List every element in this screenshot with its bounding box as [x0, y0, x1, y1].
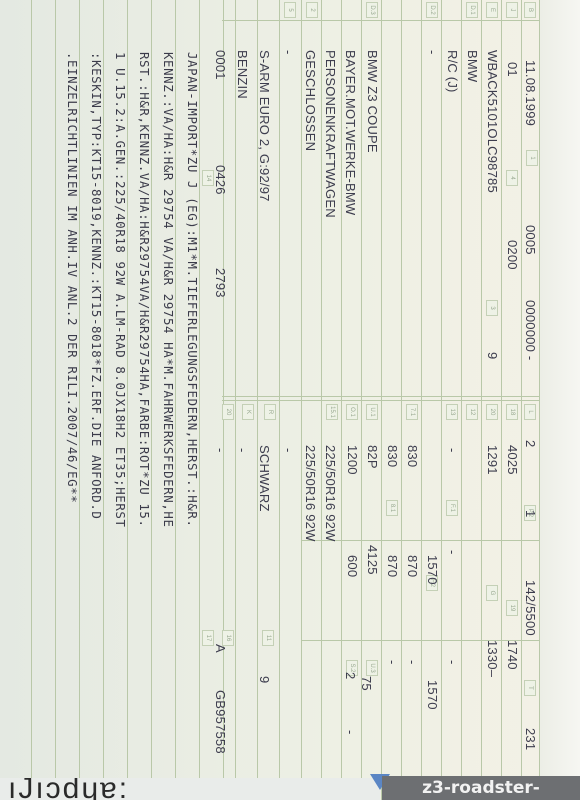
underlying-page-strip: ıJıɔdɥɐ:: [0, 778, 380, 800]
code-2793: 2793: [212, 268, 228, 298]
make: BMW: [464, 50, 480, 82]
driven-axles: 1: [522, 510, 538, 517]
paper-edge: [540, 0, 580, 800]
field-code-D3: D.3: [366, 2, 378, 18]
axles-count: 2: [522, 440, 538, 447]
field-code-J: J: [506, 2, 518, 18]
field-code-71: 7.1: [406, 404, 418, 420]
tyre-rear: 225/50R16 92W: [302, 445, 318, 542]
remark-line: 1 U.15.2:A.GEN.:225/40R18 92W A.LM-RAD 8…: [112, 52, 128, 528]
dash-3: -: [444, 660, 460, 665]
field-code-E: E: [486, 2, 498, 18]
field-code-D1: D.1: [466, 2, 478, 18]
axle-load-2a: 830: [384, 445, 400, 467]
field-code-B: B: [524, 2, 536, 18]
registration-document: B J E D.1 D.2 D.3 2 5 L 18 20 12 13 7.1 …: [0, 0, 580, 800]
manufacturer: BAYER.MOT.WERKE-BMW: [342, 50, 358, 215]
field-code-1: 1: [526, 150, 538, 166]
remark-line: JAPAN-IMPORT*ZU J (EG):M1*M.TIEFERLEGUNG…: [184, 52, 200, 528]
field-code-L: L: [524, 404, 536, 420]
seats: 2: [342, 672, 358, 679]
top-speed: 231: [522, 728, 538, 750]
code-0001: 0001: [212, 50, 228, 80]
axle-load-1b: 870: [404, 555, 420, 577]
field-code-K: K: [242, 404, 254, 420]
field-j-value: 01: [504, 62, 520, 77]
empty-weight: 1330–: [484, 640, 500, 677]
dash-b: -: [212, 448, 228, 453]
code-0005: 0005: [522, 225, 538, 255]
fuel-type: BENZIN: [234, 50, 250, 99]
remark-line: RST.:H&R,KENNZ.VA/HA:H&R29754VA/H&R29754…: [136, 52, 152, 528]
rule-line: [31, 0, 32, 800]
field-code-2: 2: [306, 2, 318, 18]
remark-line: KENNZ.:VA/HA:H&R 29754 VA/H&R 29754 HA*M…: [160, 52, 176, 528]
axle-load-2b: 870: [384, 555, 400, 577]
model-name: BMW Z3 COUPE: [364, 50, 380, 153]
color-code: 9: [256, 676, 272, 683]
underlying-page-text: ıJıɔdɥɐ:: [8, 778, 129, 800]
noise-db: 75: [358, 676, 374, 691]
d2-dash: -: [424, 50, 440, 55]
forum-watermark: z3-roadster-forum.de: [382, 776, 580, 800]
field-code-4: 4: [506, 170, 518, 186]
tyre-front: 225/50R16 92W: [322, 445, 338, 542]
field-code-18: 18: [506, 404, 518, 420]
field-code-R: R: [264, 404, 276, 420]
field-code-T: T: [524, 680, 536, 696]
class-letter: A: [212, 644, 228, 653]
field-code-U1: U.1: [366, 404, 378, 420]
document-number: GB957558: [212, 690, 228, 754]
dash-row-right: -: [280, 448, 296, 453]
vin-check-digit: 9: [484, 352, 500, 359]
axle-load-1c: -: [404, 660, 420, 665]
vin: WBACK5101OLC98785: [484, 50, 500, 193]
noise-code: 82P: [364, 445, 380, 469]
field-code-D2: D.2: [426, 2, 438, 18]
field-code-20b: 20: [222, 404, 234, 420]
remark-line: .EINZELRICHTLINIEN IM ANH.IV ANL.2 DER R…: [64, 52, 80, 503]
dash-2: -: [444, 550, 460, 555]
trailer-unbraked: 600: [344, 555, 360, 577]
vehicle-class: PERSONENKRAFTWAGEN: [322, 50, 338, 218]
field-code-3: 3: [486, 300, 498, 316]
type-code: R/C (J): [444, 50, 460, 93]
field-code-G: G: [486, 585, 498, 601]
field-code-11: 11: [262, 630, 274, 646]
axle-load-1a: 830: [404, 445, 420, 467]
field-4-value: 0200: [504, 240, 520, 270]
seats-dash: -: [342, 730, 358, 735]
body-type: GESCHLOSSEN: [302, 50, 318, 151]
dash-a: -: [234, 448, 250, 453]
dash-1: -: [444, 448, 460, 453]
field-code-19: 19: [506, 600, 518, 616]
field-code-12: 12: [466, 404, 478, 420]
field-code-151: 15.1: [326, 404, 338, 420]
axle-load-2c: -: [384, 660, 400, 665]
field-code-5: 5: [284, 2, 296, 18]
vehicle-color: SCHWARZ: [256, 445, 272, 512]
emission-class: S-ARM EURO 2, G:92/97: [256, 50, 272, 202]
trailer-braked: 1200: [344, 445, 360, 475]
field-code-U3: U.3: [366, 660, 378, 676]
field-code-O1: O.1: [346, 404, 358, 420]
remark-line: :KESKIN,TYP:KT15-8019,KENNZ.:KT15-8018*F…: [88, 52, 104, 519]
code-0000000: 0000000 -: [522, 300, 538, 360]
rule-line: [55, 0, 56, 800]
height: 1291: [484, 445, 500, 475]
noise-rpm: 4125: [364, 545, 380, 575]
length: 4025: [504, 445, 520, 475]
field-code-81: 8.1: [386, 500, 398, 516]
code-0426: 0426: [212, 165, 228, 195]
half-divider: [222, 396, 540, 397]
width: 1740: [504, 640, 520, 670]
field-code-F1: F.1: [446, 500, 458, 516]
total-weight-1: 1570: [424, 555, 440, 585]
total-weight-2: 1570: [424, 680, 440, 710]
field-code-20: 20: [486, 404, 498, 420]
dash-row: -: [280, 50, 296, 55]
margin-line: [222, 20, 540, 21]
field-code-13: 13: [446, 404, 458, 420]
half-divider: [222, 400, 540, 401]
power-rpm: 142/5500: [522, 580, 538, 636]
registration-date: 11.08.1999: [522, 60, 538, 126]
